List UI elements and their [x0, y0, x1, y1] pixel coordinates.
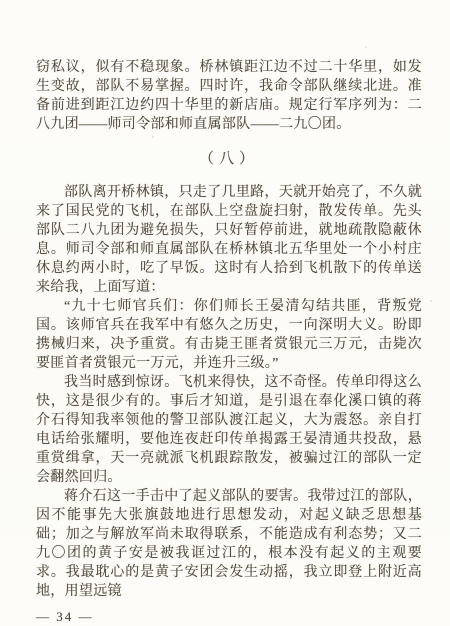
- section-header: （八）: [36, 150, 422, 169]
- paragraph-leaflet-quote: “九十七师官兵们：你们师长王晏清勾结共匪，背叛党国。该师官兵在我军中有悠久之历史…: [36, 297, 422, 373]
- paragraph: 部队离开桥林镇，只走了几里路，天就开始亮了，不久就来了国民党的飞机，在部队上空盘…: [36, 183, 422, 297]
- scan-speck: [430, 300, 432, 302]
- paragraph: 我当时感到惊讶。飞机来得快，这不奇怪。传单印得这么快，这是很少有的。事后才知道，…: [36, 373, 422, 487]
- scan-speck: [152, 136, 154, 138]
- scanned-book-page: 窃私议，似有不稳现象。桥林镇距江边不过二十华里，如发生变故，部队不易掌握。四时许…: [0, 0, 450, 626]
- page-number: — 34 —: [36, 607, 422, 626]
- paragraph-continuation: 窃私议，似有不稳现象。桥林镇距江边不过二十华里，如发生变故，部队不易掌握。四时许…: [36, 58, 422, 134]
- scan-speck: [365, 46, 367, 48]
- paragraph: 蒋介石这一手击中了起义部队的要害。我带过江的部队，因不能事先大张旗鼓地进行思想发…: [36, 487, 422, 601]
- text-block: 窃私议，似有不稳现象。桥林镇距江边不过二十华里，如发生变故，部队不易掌握。四时许…: [36, 58, 422, 626]
